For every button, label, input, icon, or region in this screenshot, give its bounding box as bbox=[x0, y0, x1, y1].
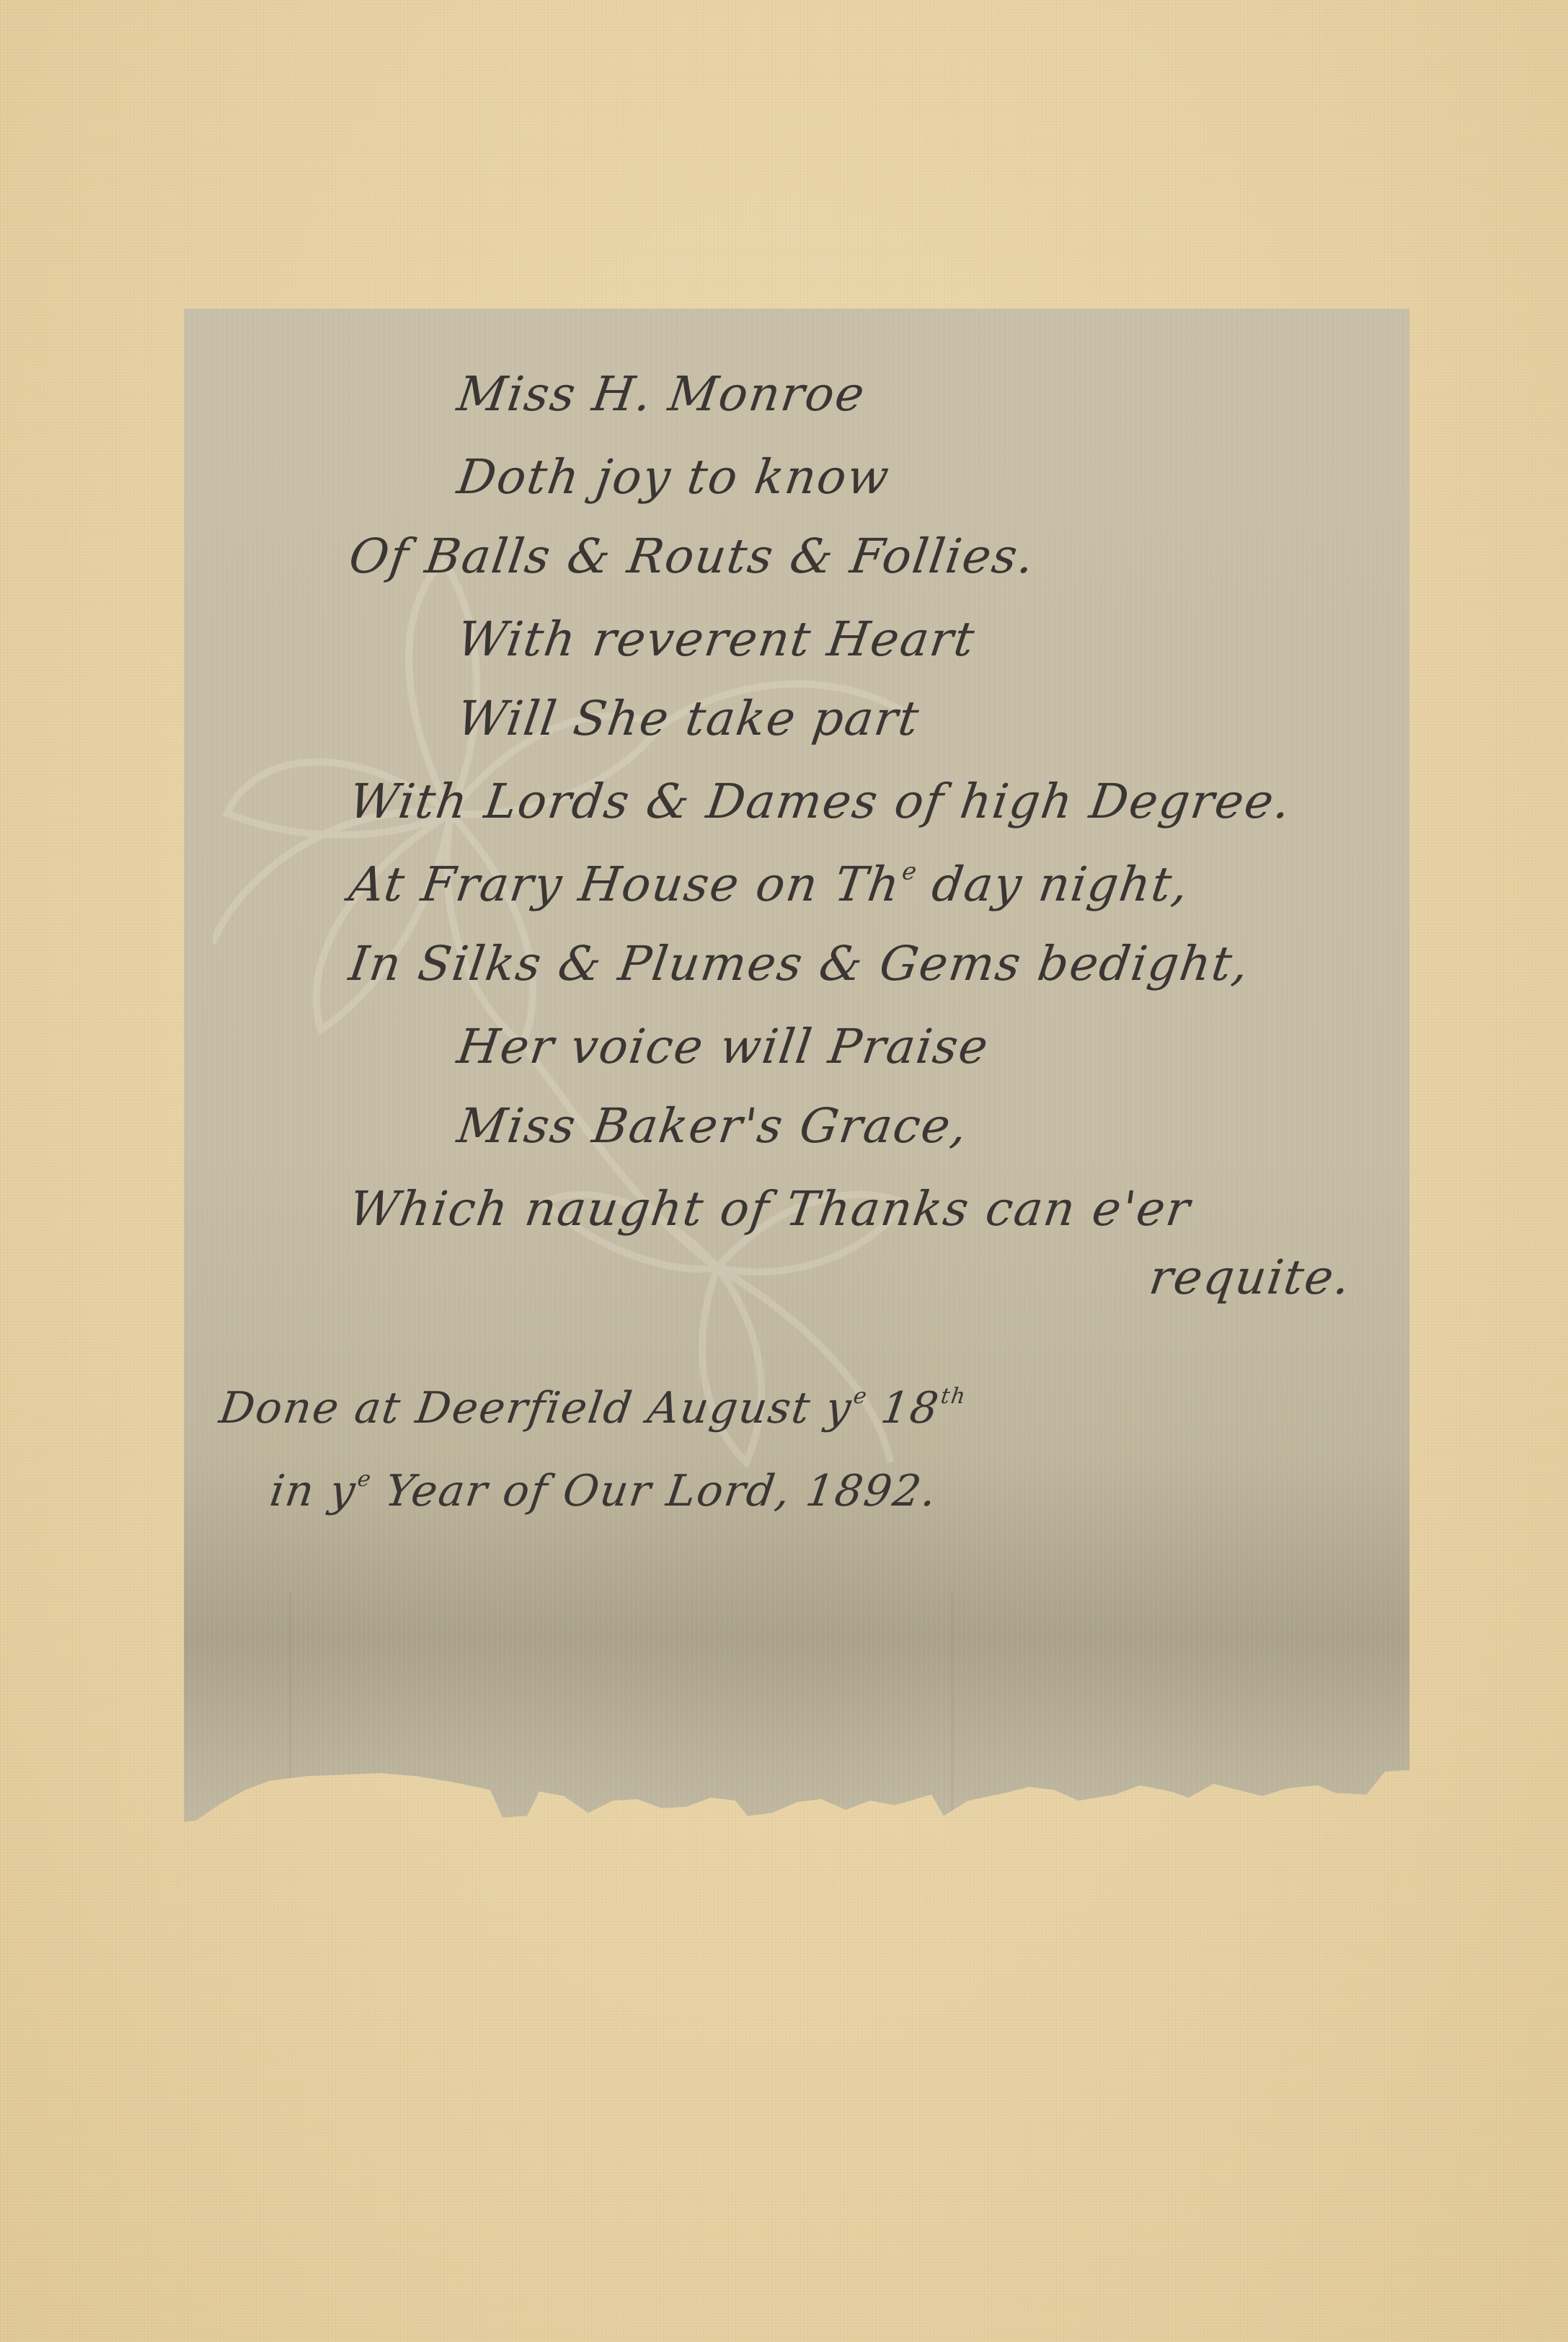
superscript: th bbox=[939, 1384, 968, 1409]
poem-line-1: Miss H. Monroe bbox=[454, 366, 869, 422]
colophon-year: Year of Our Lord, 1892. bbox=[367, 1466, 941, 1516]
colophon-place: Done at Deerfield August y bbox=[216, 1383, 856, 1433]
colophon-in: in y bbox=[267, 1466, 360, 1516]
poem-line-12: requite. bbox=[1146, 1250, 1355, 1305]
colophon-line-2: in ye Year of Our Lord, 1892. bbox=[267, 1466, 941, 1516]
manuscript-paper: Miss H. Monroe Doth joy to know Of Balls… bbox=[184, 309, 1409, 1837]
mat-board: Miss H. Monroe Doth joy to know Of Balls… bbox=[0, 0, 1568, 2342]
poem-line-7-end: day night, bbox=[912, 857, 1193, 912]
poem-line-9: Her voice will Praise bbox=[454, 1019, 993, 1074]
poem-line-11: Which naught of Thanks can e'er bbox=[346, 1181, 1195, 1237]
poem-line-8: In Silks & Plumes & Gems bedight, bbox=[346, 936, 1254, 991]
poem-line-5: Will She take part bbox=[454, 691, 923, 746]
poem-line-7: At Frary House on The day night, bbox=[346, 857, 1193, 912]
poem-line-7-start: At Frary House on Th bbox=[346, 857, 905, 912]
colophon-day: 18 bbox=[863, 1383, 943, 1433]
poem-line-2: Doth joy to know bbox=[454, 449, 894, 505]
poem-line-4: With reverent Heart bbox=[454, 611, 979, 667]
poem-line-6: With Lords & Dames of high Degree. bbox=[346, 774, 1295, 829]
poem-line-10: Miss Baker's Grace, bbox=[454, 1098, 972, 1154]
poem-text: Miss H. Monroe Doth joy to know Of Balls… bbox=[184, 309, 1409, 1837]
colophon-line-1: Done at Deerfield August ye 18th bbox=[216, 1383, 968, 1433]
poem-line-3: Of Balls & Routs & Follies. bbox=[346, 529, 1039, 584]
